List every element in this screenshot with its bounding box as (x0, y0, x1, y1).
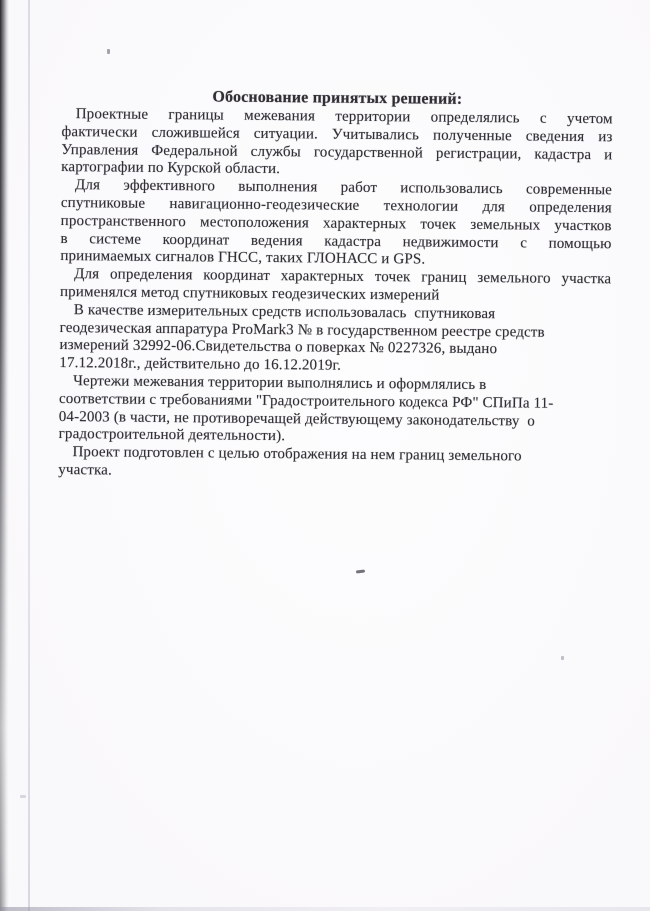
paper-fold-line (28, 0, 30, 911)
paragraph: Для эффективного выполнения работ исполь… (60, 177, 612, 271)
scan-left-edge-fade (0, 0, 9, 911)
paragraph: Чертежи межевания территории выполнялись… (59, 373, 611, 449)
scan-speck (561, 656, 564, 660)
paragraph: Проектные границы межевания территории о… (61, 106, 613, 182)
paragraph: В качестве измерительных средств использ… (59, 302, 611, 378)
scan-speck (356, 569, 365, 573)
scan-bottom-edge-shadow (0, 907, 650, 911)
scan-speck (107, 49, 110, 54)
paragraph: Для определения координат характерных то… (60, 266, 611, 307)
paragraph: Проект подготовлен с целью отображения н… (58, 444, 609, 485)
scanned-document-page: Обоснование принятых решений: Проектные … (0, 0, 650, 911)
scan-speck (20, 795, 26, 798)
document-body: Обоснование принятых решений: Проектные … (58, 86, 613, 485)
